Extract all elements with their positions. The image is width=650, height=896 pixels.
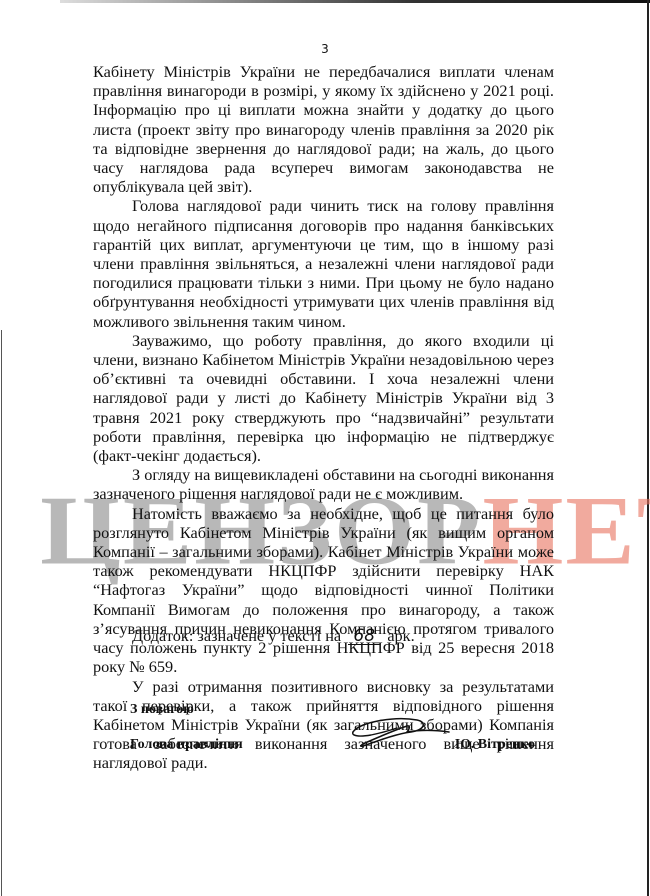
appendix-page-count: 68 — [348, 628, 380, 645]
paragraph-4: З огляду на вищевикладені обставини на с… — [93, 465, 554, 503]
scan-edge-left — [1, 330, 2, 896]
handwritten-signature-icon — [345, 712, 455, 752]
signer-position: Голова правління — [130, 737, 243, 753]
paragraph-2: Голова наглядової ради чинить тиск на го… — [93, 196, 554, 330]
appendix-note: Додаток: зазначене у тексті на 68 арк. — [132, 626, 415, 646]
appendix-suffix: арк. — [387, 626, 414, 645]
paragraph-5: Натомість вважаємо за необхідне, щоб це … — [93, 504, 554, 677]
paragraph-1: Кабінету Міністрів України не передбачал… — [93, 62, 554, 196]
appendix-prefix: Додаток: зазначене у тексті на — [132, 626, 341, 645]
scan-edge-top — [60, 0, 650, 3]
signer-name: Ю. Вітренко — [455, 737, 535, 753]
letter-body: Кабінету Міністрів України не передбачал… — [93, 62, 554, 773]
closing-phrase: З повагою — [130, 702, 194, 718]
paragraph-6: У разі отримання позитивного висновку за… — [93, 677, 554, 773]
scan-edge-right — [647, 0, 649, 896]
page-number: 3 — [0, 42, 650, 56]
paragraph-3: Зауважимо, що роботу правління, до якого… — [93, 331, 554, 465]
